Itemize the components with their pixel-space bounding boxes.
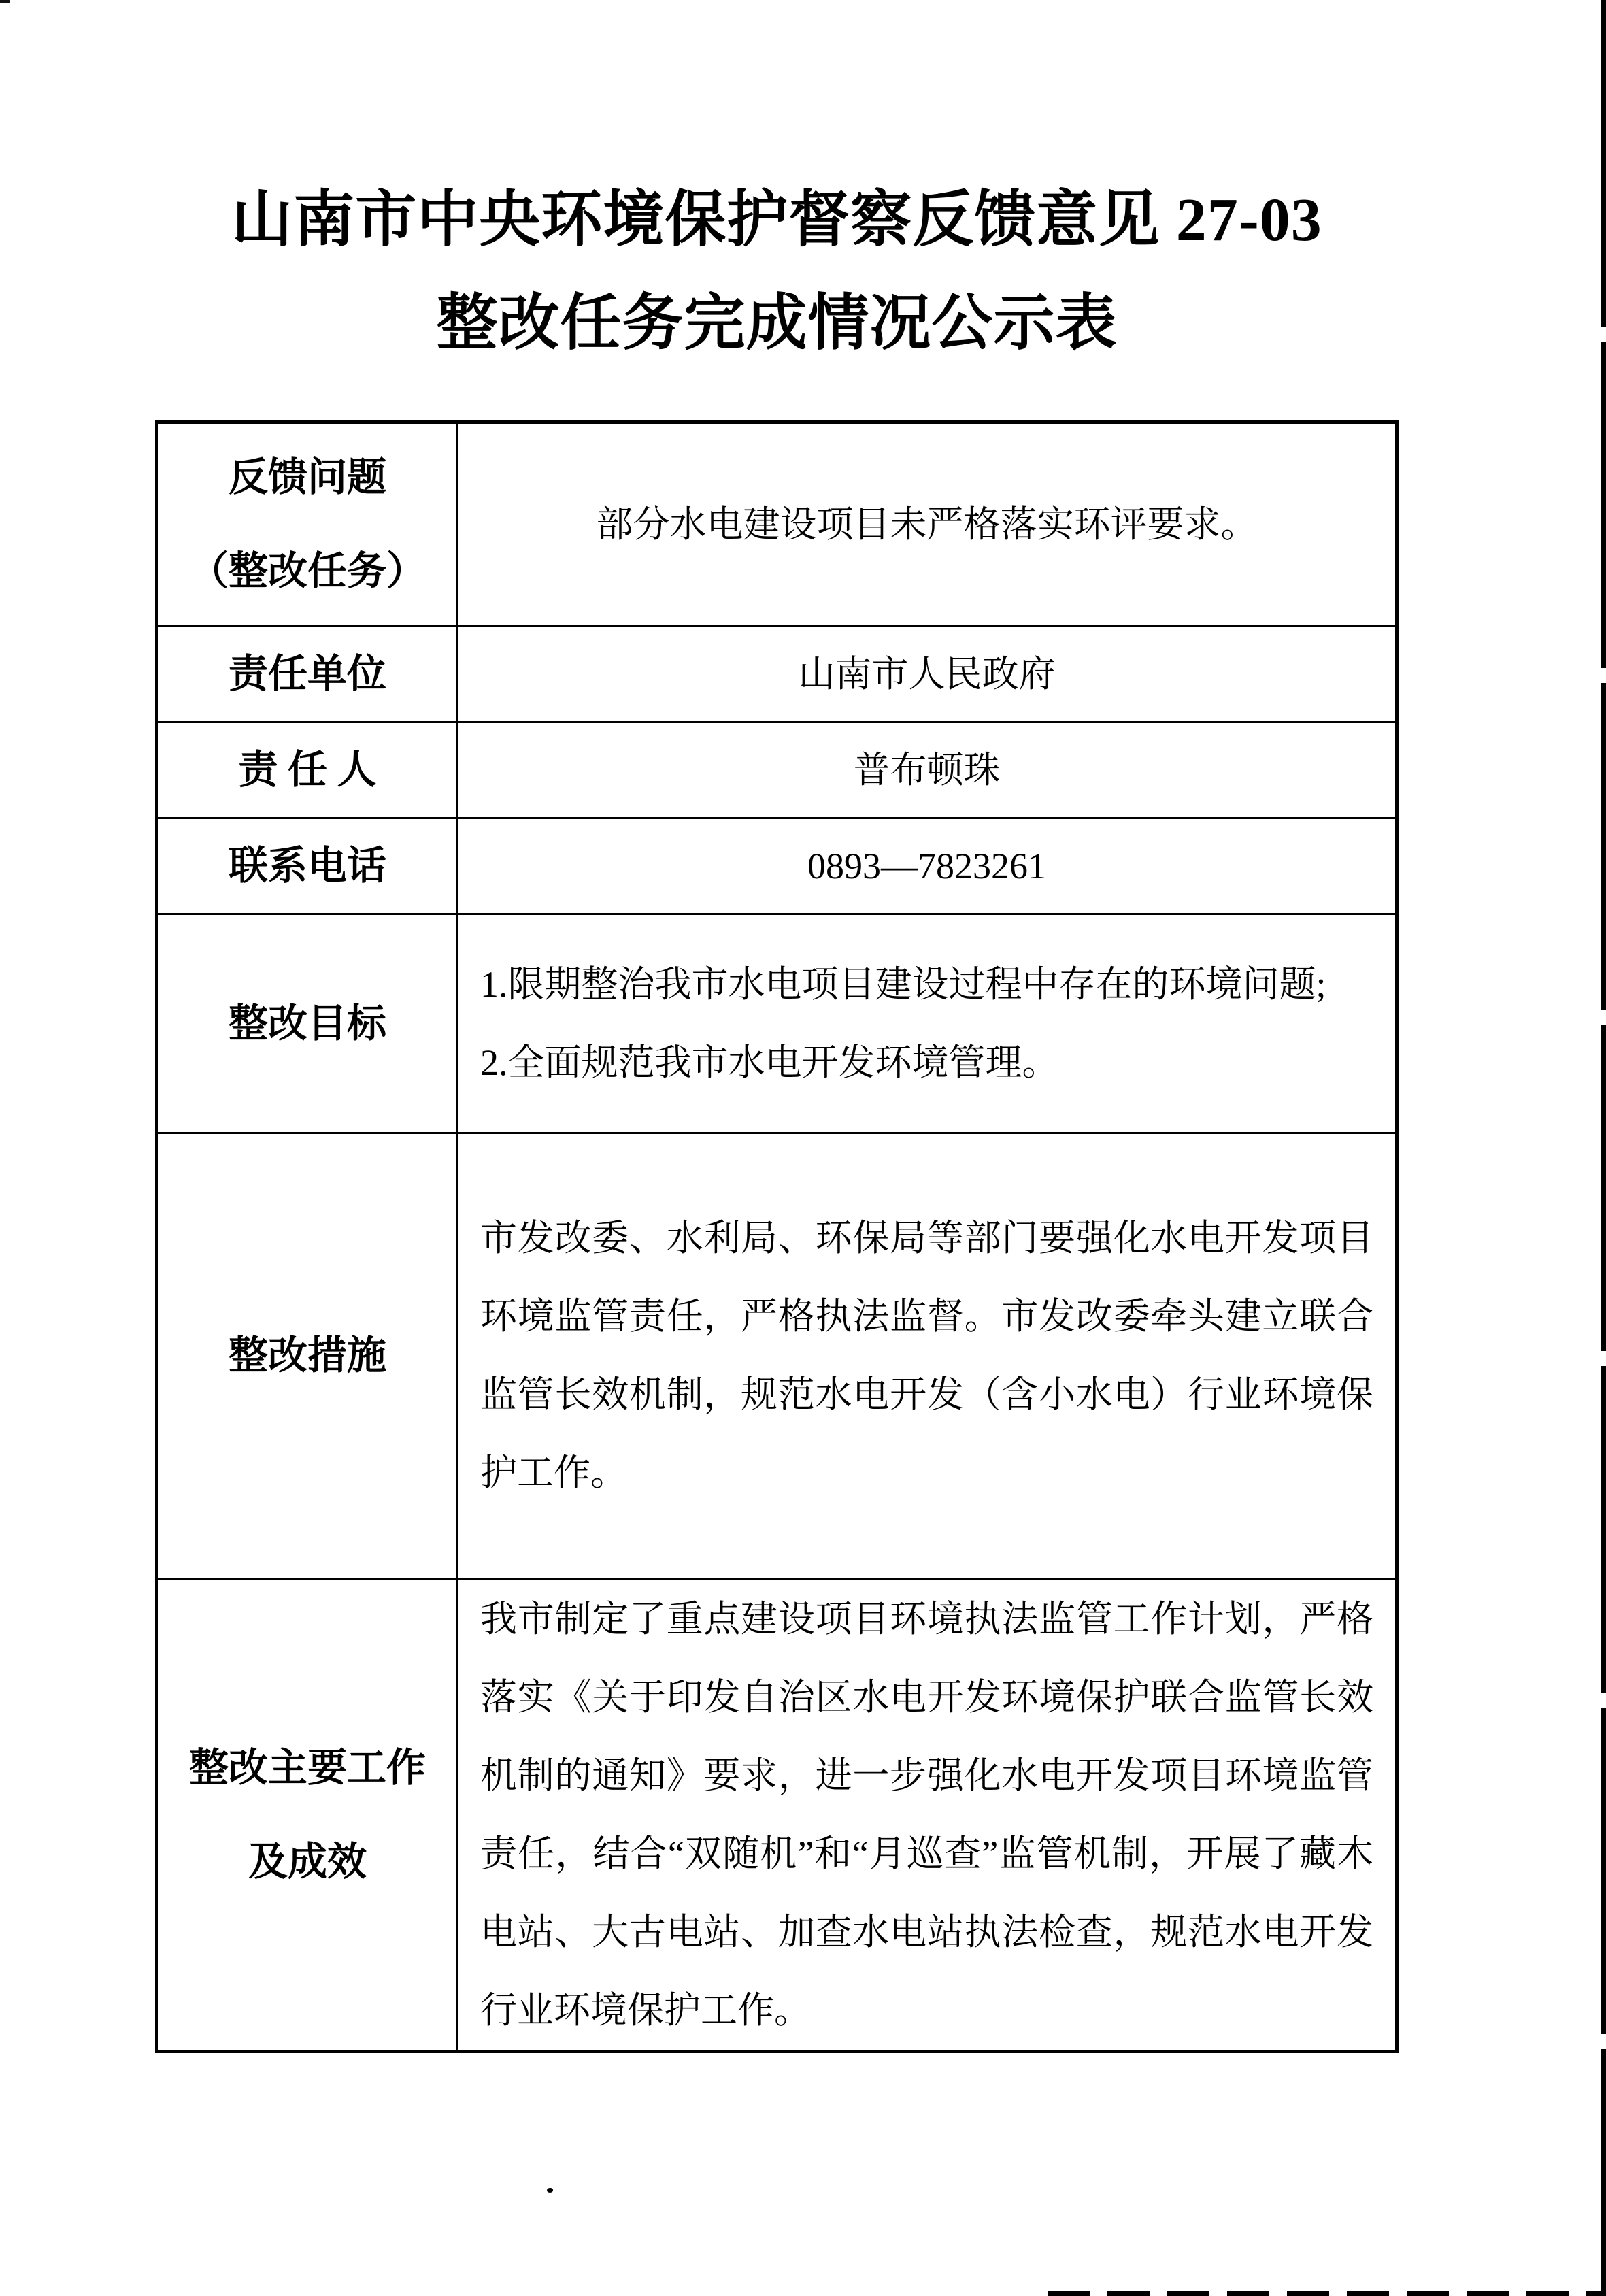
- table-row-responsible-unit: 责任单位 山南市人民政府: [157, 627, 1397, 722]
- row-label-rectification-measures: 整改措施: [157, 1133, 458, 1579]
- rectification-table: 反馈问题 （整改任务） 部分水电建设项目未严格落实环评要求。 责任单位 山南市人…: [155, 420, 1399, 2053]
- table-row-rectification-goals: 整改目标 1.限期整治我市水电项目建设过程中存在的环境问题; 2.全面规范我市水…: [157, 914, 1397, 1133]
- document-page: 山南市中央环境保护督察反馈意见 27-03 整改任务完成情况公示表 反馈问题 （…: [0, 0, 1606, 2296]
- scan-artifact-bottom-dashes: [1048, 2291, 1606, 2296]
- page-title: 山南市中央环境保护督察反馈意见 27-03 整改任务完成情况公示表: [155, 169, 1399, 376]
- row-label-contact-phone: 联系电话: [157, 818, 458, 914]
- table-row-feedback-issue: 反馈问题 （整改任务） 部分水电建设项目未严格落实环评要求。: [157, 422, 1397, 627]
- row-label-responsible-unit: 责任单位: [157, 627, 458, 722]
- row-value-rectification-goals: 1.限期整治我市水电项目建设过程中存在的环境问题; 2.全面规范我市水电开发环境…: [458, 914, 1397, 1133]
- scan-artifact-right-edge: [1601, 0, 1606, 2296]
- scan-artifact-top-left: [0, 0, 10, 3]
- row-value-responsible-person: 普布顿珠: [458, 722, 1397, 818]
- table-row-rectification-measures: 整改措施 市发改委、水利局、环保局等部门要强化水电开发项目环境监管责任，严格执法…: [157, 1133, 1397, 1579]
- row-label-rectification-goals: 整改目标: [157, 914, 458, 1133]
- row-value-feedback-issue: 部分水电建设项目未严格落实环评要求。: [458, 422, 1397, 627]
- table-row-responsible-person: 责 任 人 普布顿珠: [157, 722, 1397, 818]
- table-row-main-work-results: 整改主要工作 及成效 我市制定了重点建设项目环境执法监管工作计划，严格落实《关于…: [157, 1579, 1397, 2052]
- scan-artifact-ink-dot: [547, 2188, 553, 2193]
- row-value-rectification-measures: 市发改委、水利局、环保局等部门要强化水电开发项目环境监管责任，严格执法监督。市发…: [458, 1133, 1397, 1579]
- row-value-main-work-results: 我市制定了重点建设项目环境执法监管工作计划，严格落实《关于印发自治区水电开发环境…: [458, 1579, 1397, 2052]
- row-label-main-work-results: 整改主要工作 及成效: [157, 1579, 458, 2052]
- row-label-responsible-person: 责 任 人: [157, 722, 458, 818]
- table-row-contact-phone: 联系电话 0893—7823261: [157, 818, 1397, 914]
- row-label-feedback-issue: 反馈问题 （整改任务）: [157, 422, 458, 627]
- row-value-contact-phone: 0893—7823261: [458, 818, 1397, 914]
- row-value-responsible-unit: 山南市人民政府: [458, 627, 1397, 722]
